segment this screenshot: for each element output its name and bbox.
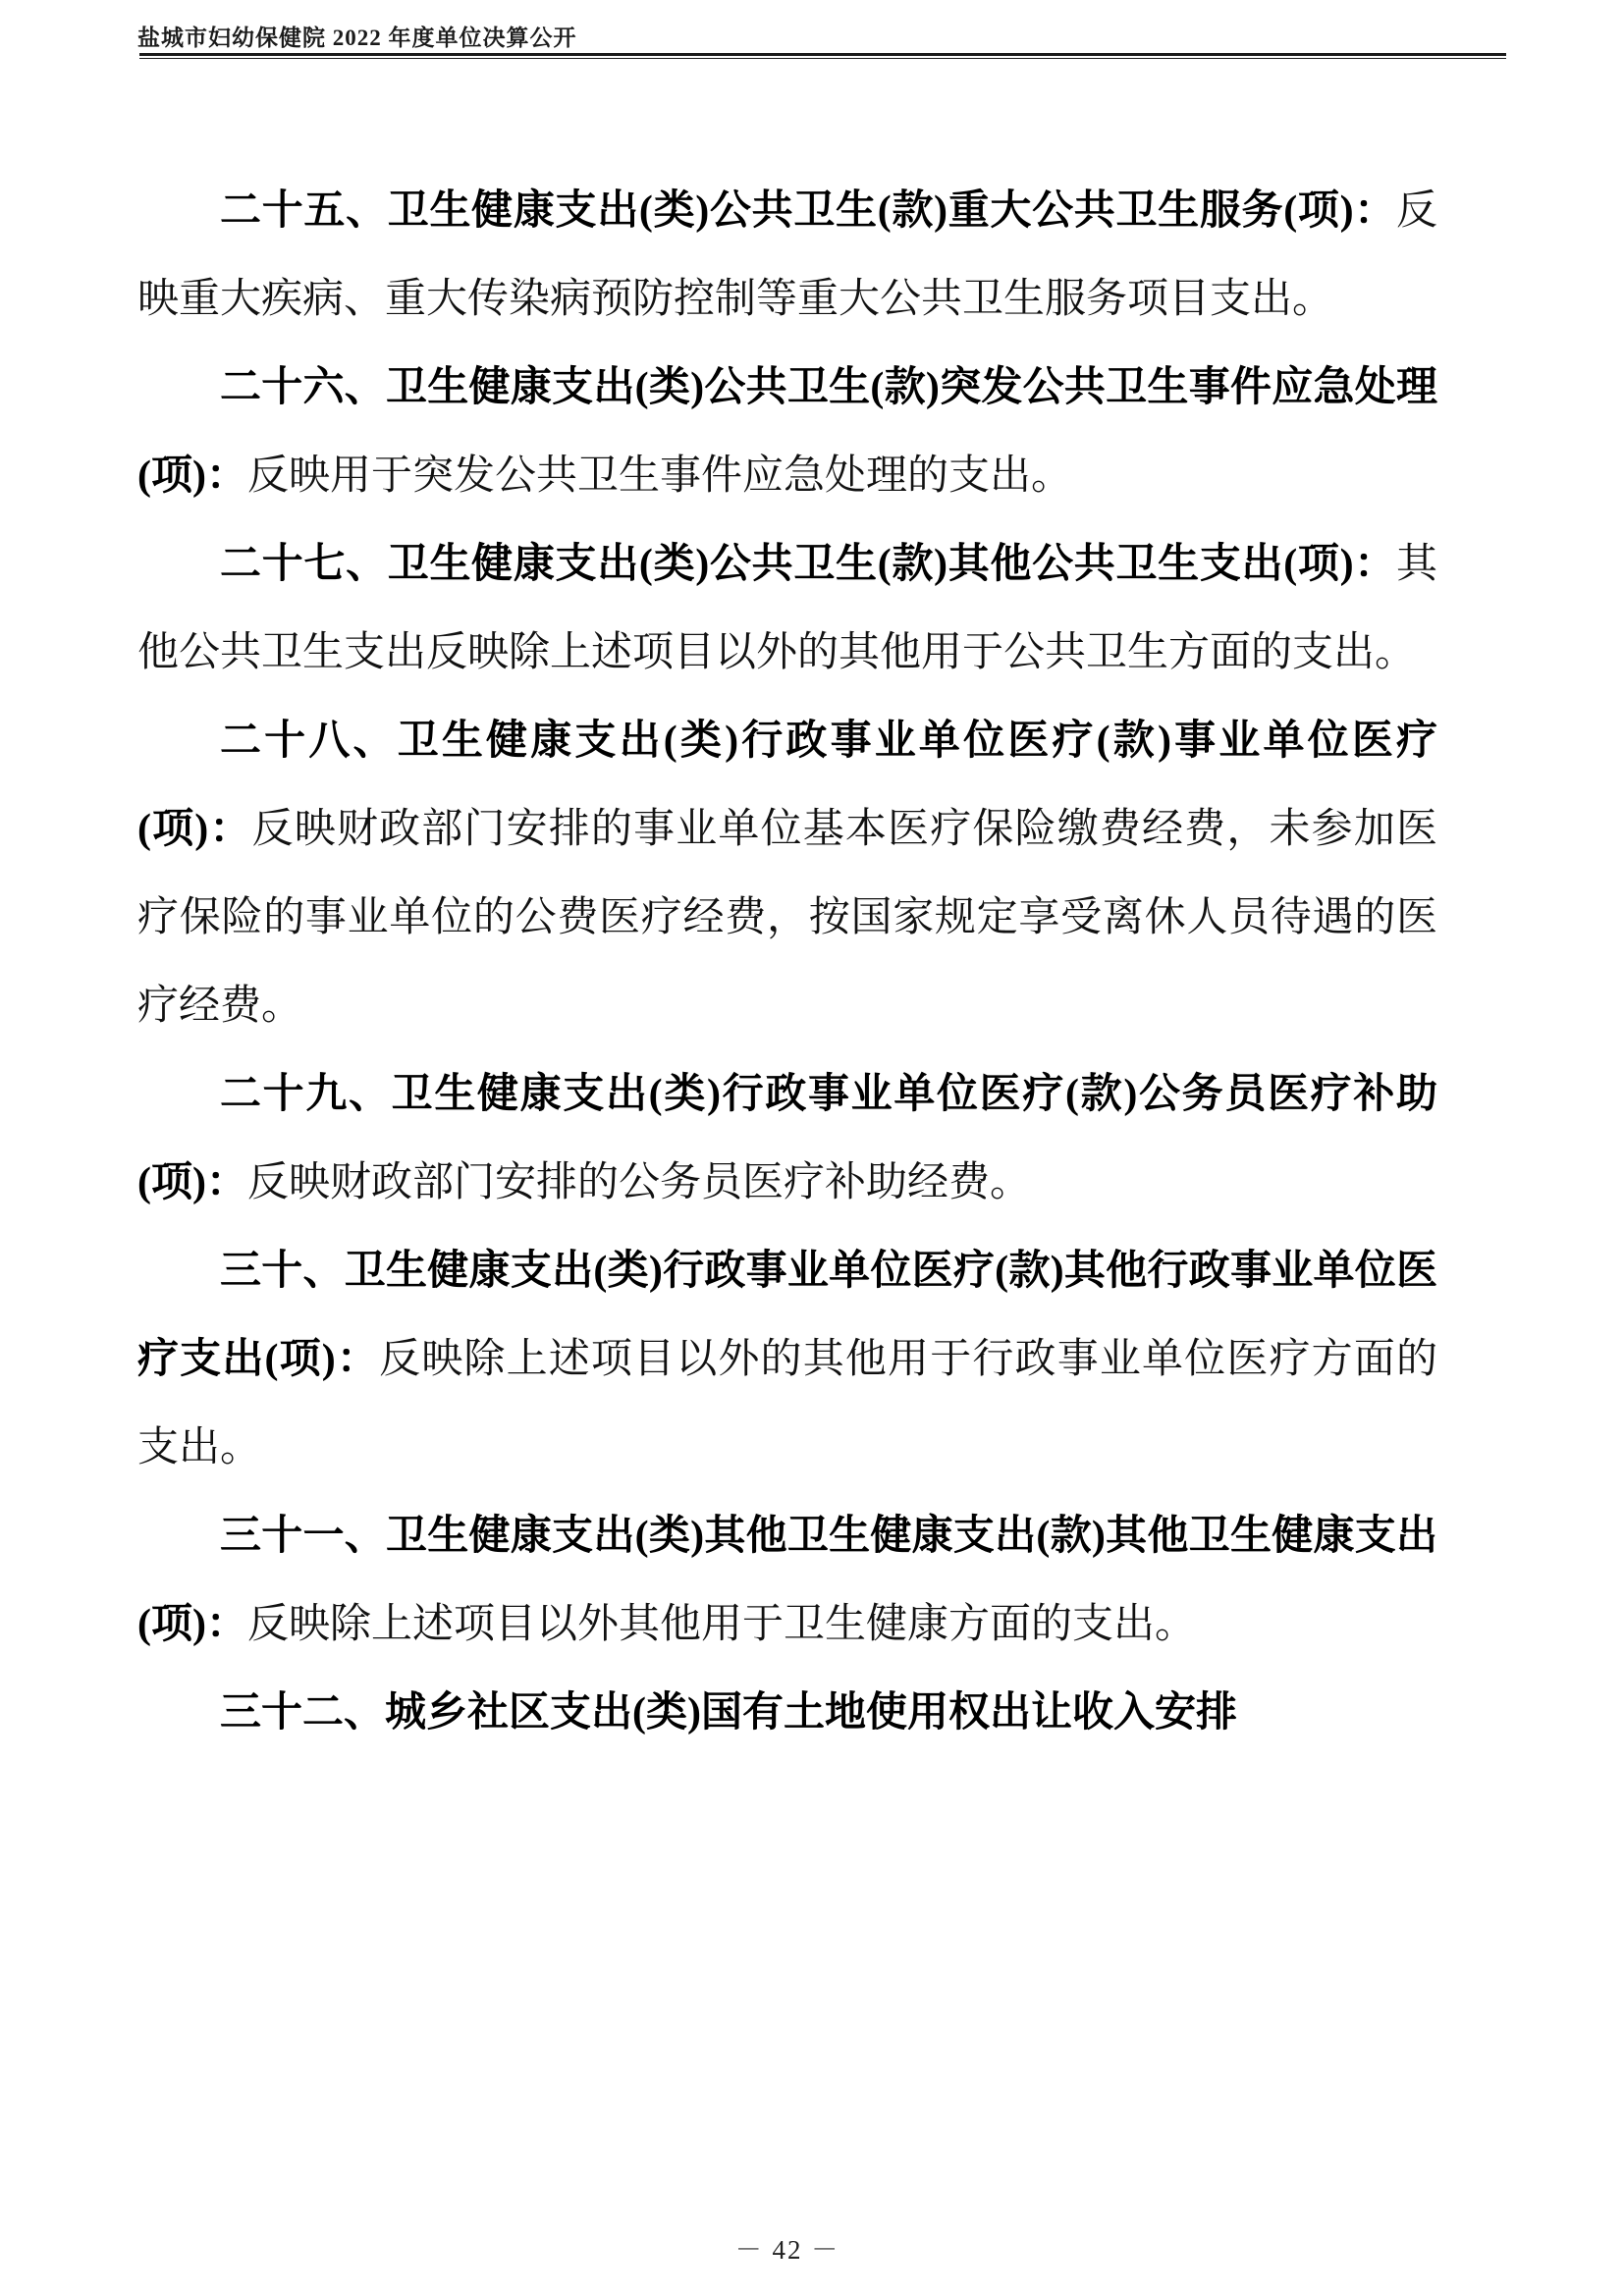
page-header-title: 盐城市妇幼保健院 2022 年度单位决算公开: [137, 20, 577, 52]
document-page: 盐城市妇幼保健院 2022 年度单位决算公开 二十五、卫生健康支出(类)公共卫生…: [0, 0, 1624, 2296]
header-divider: [139, 53, 1506, 59]
paragraph-26-text: 反映用于突发公共卫生事件应急处理的支出。: [247, 454, 1072, 499]
paragraph-32: 三十二、城乡社区支出(类)国有土地使用权出让收入安排: [137, 1669, 1437, 1757]
paragraph-26: 二十六、卫生健康支出(类)公共卫生(款)突发公共卫生事件应急处理(项)：反映用于…: [137, 344, 1437, 520]
paragraph-30: 三十、卫生健康支出(类)行政事业单位医疗(款)其他行政事业单位医疗支出(项)：反…: [137, 1227, 1437, 1492]
paragraph-25-lead: 二十五、卫生健康支出(类)公共卫生(款)重大公共卫生服务(项)：: [220, 188, 1396, 234]
paragraph-25: 二十五、卫生健康支出(类)公共卫生(款)重大公共卫生服务(项)：反映重大疾病、重…: [137, 167, 1437, 344]
paragraph-27-lead: 二十七、卫生健康支出(类)公共卫生(款)其他公共卫生支出(项)：: [220, 542, 1396, 587]
paragraph-32-lead: 三十二、城乡社区支出(类)国有土地使用权出让收入安排: [220, 1690, 1237, 1735]
paragraph-27: 二十七、卫生健康支出(类)公共卫生(款)其他公共卫生支出(项)：其他公共卫生支出…: [137, 520, 1437, 697]
paragraph-29-text: 反映财政部门安排的公务员医疗补助经费。: [247, 1160, 1031, 1205]
paragraph-28: 二十八、卫生健康支出(类)行政事业单位医疗(款)事业单位医疗(项)：反映财政部门…: [137, 697, 1437, 1050]
document-body: 二十五、卫生健康支出(类)公共卫生(款)重大公共卫生服务(项)：反映重大疾病、重…: [137, 167, 1437, 1757]
paragraph-31: 三十一、卫生健康支出(类)其他卫生健康支出(款)其他卫生健康支出(项)：反映除上…: [137, 1492, 1437, 1669]
paragraph-29: 二十九、卫生健康支出(类)行政事业单位医疗(款)公务员医疗补助(项)：反映财政部…: [137, 1050, 1437, 1227]
paragraph-31-text: 反映除上述项目以外其他用于卫生健康方面的支出。: [247, 1602, 1196, 1647]
paragraph-28-text: 反映财政部门安排的事业单位基本医疗保险缴费经费，未参加医疗保险的事业单位的公费医…: [137, 807, 1437, 1029]
page-number: － 42 －: [137, 2228, 1437, 2267]
